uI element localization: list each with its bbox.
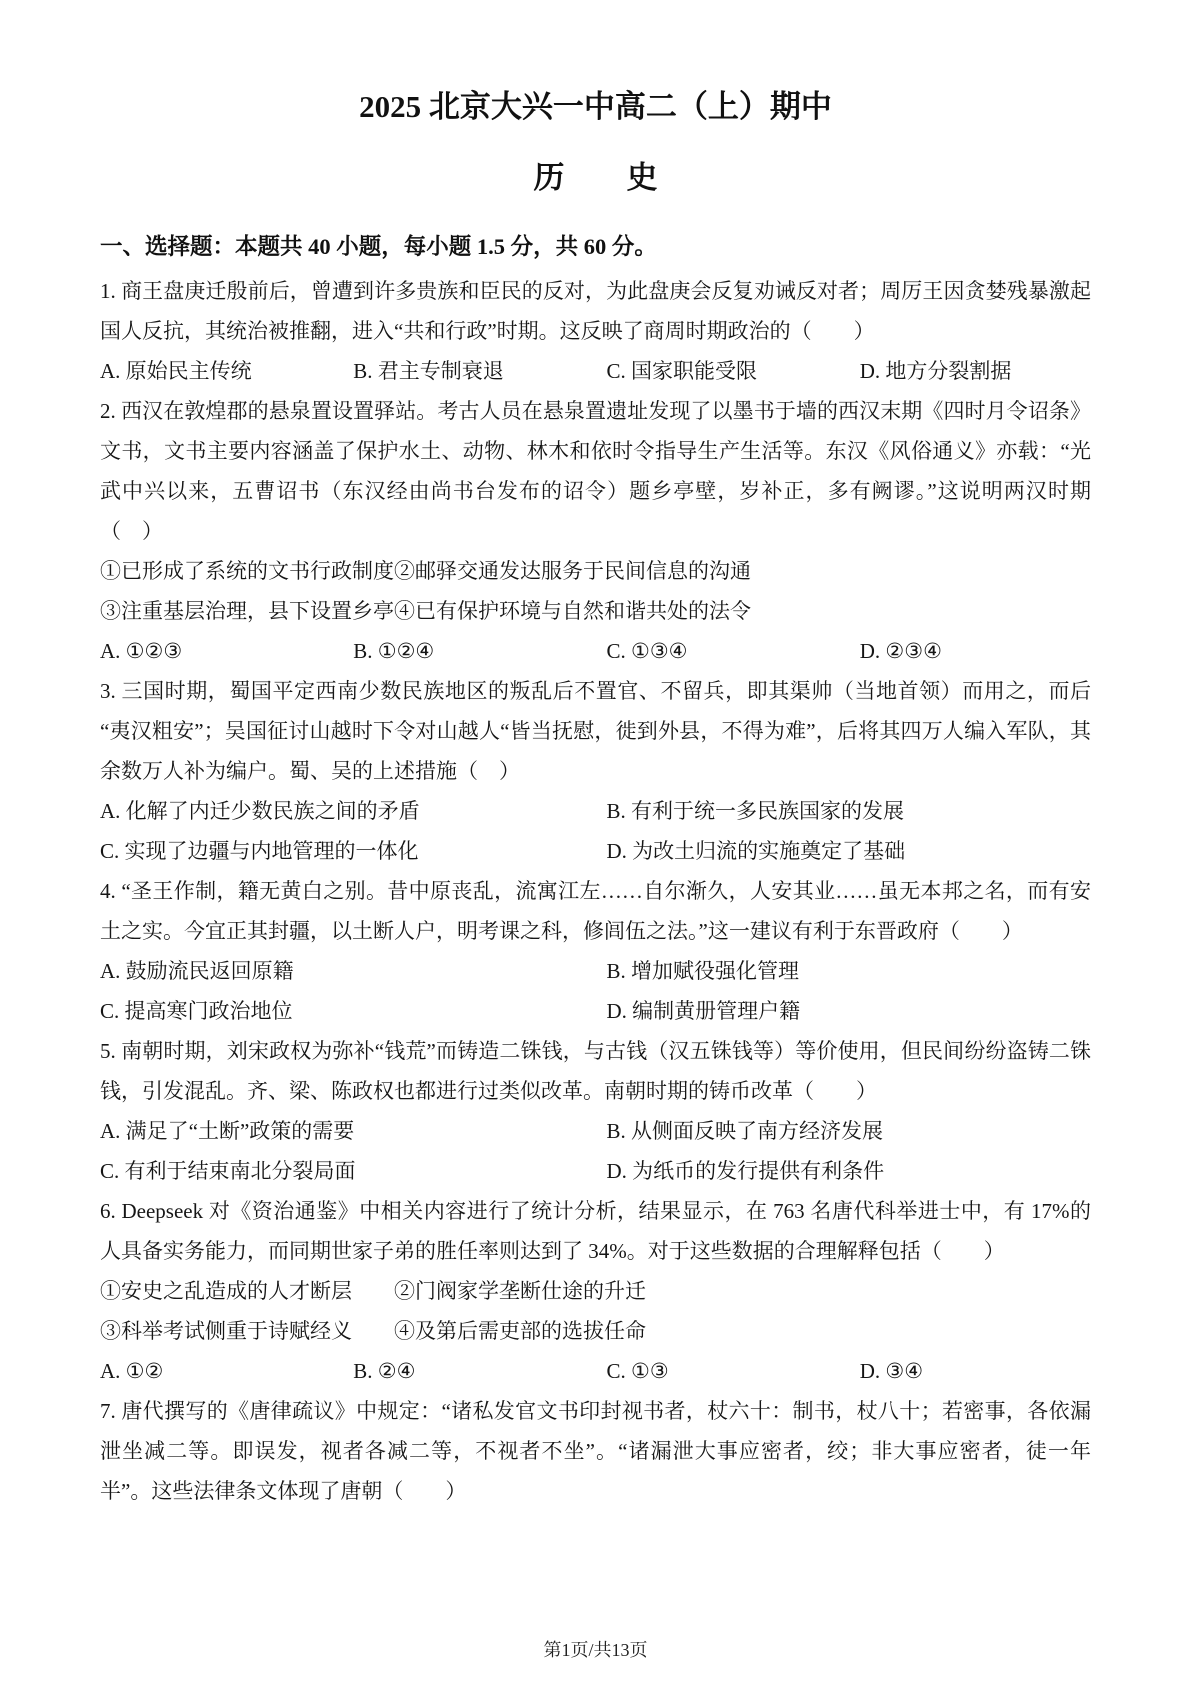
question-5-option-d: D. 为纸币的发行提供有利条件: [607, 1151, 1092, 1191]
question-5-stem: 5. 南朝时期，刘宋政权为弥补“钱荒”而铸造二铢钱，与古钱（汉五铢钱等）等价使用…: [100, 1031, 1091, 1111]
question-3-option-b: B. 有利于统一多民族国家的发展: [607, 791, 1092, 831]
question-3: 3. 三国时期，蜀国平定西南少数民族地区的叛乱后不置官、不留兵，即其渠帅（当地首…: [100, 671, 1091, 871]
question-4-option-a: A. 鼓励流民返回原籍: [100, 951, 607, 991]
question-6: 6. Deepseek 对《资治通鉴》中相关内容进行了统计分析，结果显示，在 7…: [100, 1191, 1091, 1391]
question-1-option-a: A. 原始民主传统: [100, 351, 353, 391]
question-2-statements-1: ①已形成了系统的文书行政制度②邮驿交通发达服务于民间信息的沟通: [100, 551, 1091, 591]
question-2: 2. 西汉在敦煌郡的悬泉置设置驿站。考古人员在悬泉置遗址发现了以墨书于墙的西汉末…: [100, 391, 1091, 671]
question-3-option-a: A. 化解了内迁少数民族之间的矛盾: [100, 791, 607, 831]
question-4-options: A. 鼓励流民返回原籍 B. 增加赋役强化管理 C. 提高寒门政治地位 D. 编…: [100, 951, 1091, 1031]
question-6-options: A. ①② B. ②④ C. ①③ D. ③④: [100, 1351, 1091, 1391]
section-heading: 一、选择题：本题共 40 小题，每小题 1.5 分，共 60 分。: [100, 232, 1091, 262]
question-6-statements-1: ①安史之乱造成的人才断层 ②门阀家学垄断仕途的升迁: [100, 1271, 1091, 1311]
question-5-options: A. 满足了“土断”政策的需要 B. 从侧面反映了南方经济发展 C. 有利于结束…: [100, 1111, 1091, 1191]
question-6-option-c: C. ①③: [607, 1351, 860, 1391]
question-4-option-c: C. 提高寒门政治地位: [100, 991, 607, 1031]
question-4-option-b: B. 增加赋役强化管理: [607, 951, 1092, 991]
question-6-stem: 6. Deepseek 对《资治通鉴》中相关内容进行了统计分析，结果显示，在 7…: [100, 1191, 1091, 1271]
page-title: 2025 北京大兴一中高二（上）期中: [100, 88, 1091, 126]
question-2-option-d: D. ②③④: [860, 631, 1091, 671]
question-5-option-a: A. 满足了“土断”政策的需要: [100, 1111, 607, 1151]
question-2-statements-2: ③注重基层治理，县下设置乡亭④已有保护环境与自然和谐共处的法令: [100, 591, 1091, 631]
question-2-option-a: A. ①②③: [100, 631, 353, 671]
question-7-stem: 7. 唐代撰写的《唐律疏议》中规定：“诸私发官文书印封视书者，杖六十：制书，杖八…: [100, 1391, 1091, 1511]
question-6-option-d: D. ③④: [860, 1351, 1091, 1391]
question-6-statements-2: ③科举考试侧重于诗赋经义 ④及第后需吏部的选拔任命: [100, 1311, 1091, 1351]
question-4-stem: 4. “圣王作制，籍无黄白之别。昔中原丧乱，流寓江左……自尔渐久，人安其业……虽…: [100, 871, 1091, 951]
question-2-option-c: C. ①③④: [607, 631, 860, 671]
question-6-option-a: A. ①②: [100, 1351, 353, 1391]
question-3-option-d: D. 为改土归流的实施奠定了基础: [607, 831, 1092, 871]
question-2-options: A. ①②③ B. ①②④ C. ①③④ D. ②③④: [100, 631, 1091, 671]
question-5-option-c: C. 有利于结束南北分裂局面: [100, 1151, 607, 1191]
question-3-options: A. 化解了内迁少数民族之间的矛盾 B. 有利于统一多民族国家的发展 C. 实现…: [100, 791, 1091, 871]
question-1-option-c: C. 国家职能受限: [607, 351, 860, 391]
question-2-stem: 2. 西汉在敦煌郡的悬泉置设置驿站。考古人员在悬泉置遗址发现了以墨书于墙的西汉末…: [100, 391, 1091, 551]
question-2-option-b: B. ①②④: [353, 631, 606, 671]
question-5: 5. 南朝时期，刘宋政权为弥补“钱荒”而铸造二铢钱，与古钱（汉五铢钱等）等价使用…: [100, 1031, 1091, 1191]
question-1: 1. 商王盘庚迁殷前后，曾遭到许多贵族和臣民的反对，为此盘庚会反复劝诫反对者；周…: [100, 271, 1091, 391]
question-3-option-c: C. 实现了边疆与内地管理的一体化: [100, 831, 607, 871]
subject-title: 历 史: [100, 159, 1091, 197]
question-3-stem: 3. 三国时期，蜀国平定西南少数民族地区的叛乱后不置官、不留兵，即其渠帅（当地首…: [100, 671, 1091, 791]
question-7: 7. 唐代撰写的《唐律疏议》中规定：“诸私发官文书印封视书者，杖六十：制书，杖八…: [100, 1391, 1091, 1511]
exam-paper-page: 2025 北京大兴一中高二（上）期中 历 史 一、选择题：本题共 40 小题，每…: [0, 0, 1191, 1684]
question-1-options: A. 原始民主传统 B. 君主专制衰退 C. 国家职能受限 D. 地方分裂割据: [100, 351, 1091, 391]
question-1-stem: 1. 商王盘庚迁殷前后，曾遭到许多贵族和臣民的反对，为此盘庚会反复劝诫反对者；周…: [100, 271, 1091, 351]
question-4: 4. “圣王作制，籍无黄白之别。昔中原丧乱，流寓江左……自尔渐久，人安其业……虽…: [100, 871, 1091, 1031]
page-number: 第1页/共13页: [0, 1636, 1191, 1662]
question-1-option-d: D. 地方分裂割据: [860, 351, 1091, 391]
question-4-option-d: D. 编制黄册管理户籍: [607, 991, 1092, 1031]
question-5-option-b: B. 从侧面反映了南方经济发展: [607, 1111, 1092, 1151]
question-1-option-b: B. 君主专制衰退: [353, 351, 606, 391]
question-6-option-b: B. ②④: [353, 1351, 606, 1391]
questions-area: 1. 商王盘庚迁殷前后，曾遭到许多贵族和臣民的反对，为此盘庚会反复劝诫反对者；周…: [100, 271, 1091, 1511]
